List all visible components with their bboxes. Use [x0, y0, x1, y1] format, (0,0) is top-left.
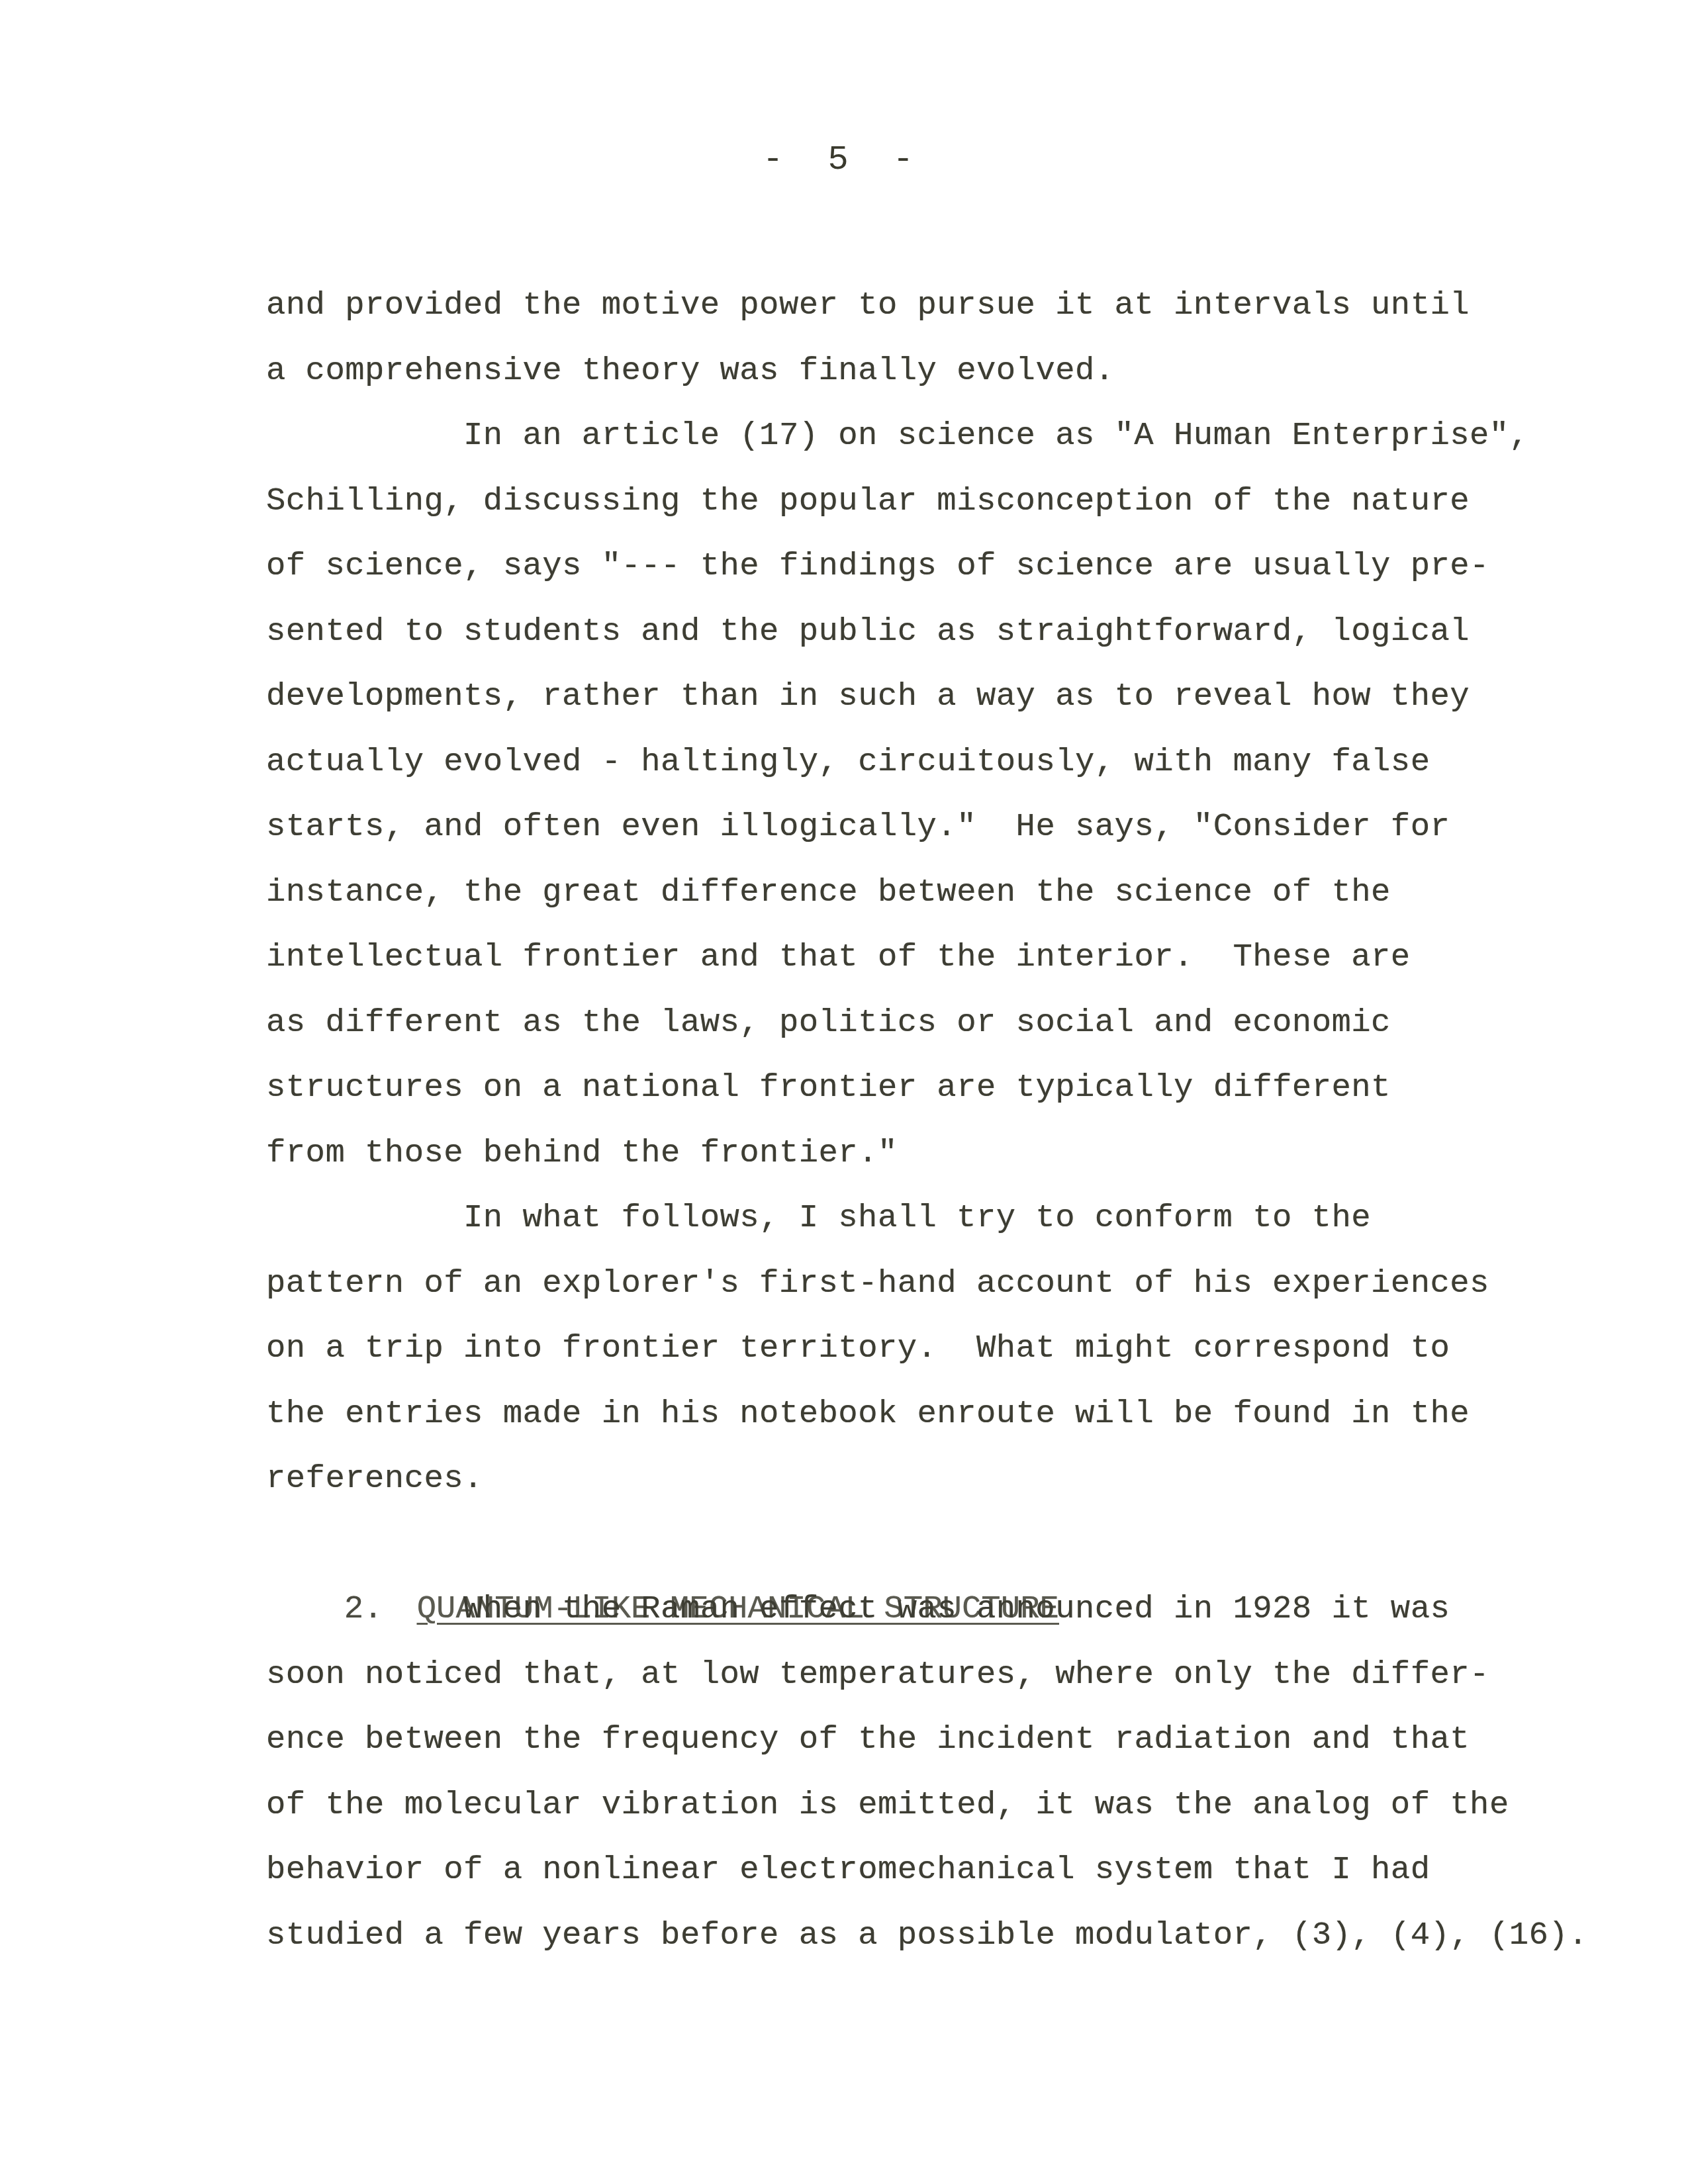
text-line: ence between the frequency of the incide…	[266, 1707, 1590, 1772]
text-line: actually evolved - haltingly, circuitous…	[266, 729, 1590, 795]
paragraph-continuation: and provided the motive power to pursue …	[266, 273, 1590, 403]
page-number: - 5 -	[0, 140, 1688, 179]
text-line: In an article (17) on science as "A Huma…	[266, 403, 1590, 469]
text-line: of science, says "--- the findings of sc…	[266, 533, 1590, 599]
text-line: pattern of an explorer's first-hand acco…	[266, 1251, 1590, 1316]
text-line: on a trip into frontier territory. What …	[266, 1316, 1590, 1381]
text-line: the entries made in his notebook enroute…	[266, 1381, 1590, 1447]
text-line: from those behind the frontier."	[266, 1120, 1590, 1186]
text-line: and provided the motive power to pursue …	[266, 273, 1590, 338]
text-line: behavior of a nonlinear electromechanica…	[266, 1837, 1590, 1903]
paragraph-explorer-account: In what follows, I shall try to conform …	[266, 1185, 1590, 1512]
text-line: developments, rather than in such a way …	[266, 664, 1590, 729]
text-line: of the molecular vibration is emitted, i…	[266, 1772, 1590, 1838]
text-line: In what follows, I shall try to conform …	[266, 1185, 1590, 1251]
text-line: studied a few years before as a possible…	[266, 1903, 1590, 1968]
section-number: 2.	[344, 1576, 417, 1642]
paragraph-schilling-quote: In an article (17) on science as "A Huma…	[266, 403, 1590, 1185]
text-line: starts, and often even illogically." He …	[266, 794, 1590, 860]
text-line: as different as the laws, politics or so…	[266, 990, 1590, 1056]
document-body: and provided the motive power to pursue …	[266, 273, 1590, 1968]
text-line: a comprehensive theory was finally evolv…	[266, 338, 1590, 404]
section-heading: 2.QUANTUM-LIKE MECHANICAL STRUCTURE	[266, 1512, 1590, 1577]
text-line: structures on a national frontier are ty…	[266, 1055, 1590, 1120]
paragraph-raman-effect: When the Raman effect was announced in 1…	[266, 1576, 1590, 1968]
text-line: intellectual frontier and that of the in…	[266, 925, 1590, 990]
text-line: instance, the great difference between t…	[266, 860, 1590, 925]
text-line: soon noticed that, at low temperatures, …	[266, 1642, 1590, 1707]
text-line: When the Raman effect was announced in 1…	[266, 1576, 1590, 1642]
text-line: references.	[266, 1446, 1590, 1512]
text-line: sented to students and the public as str…	[266, 599, 1590, 664]
text-line: Schilling, discussing the popular miscon…	[266, 469, 1590, 534]
